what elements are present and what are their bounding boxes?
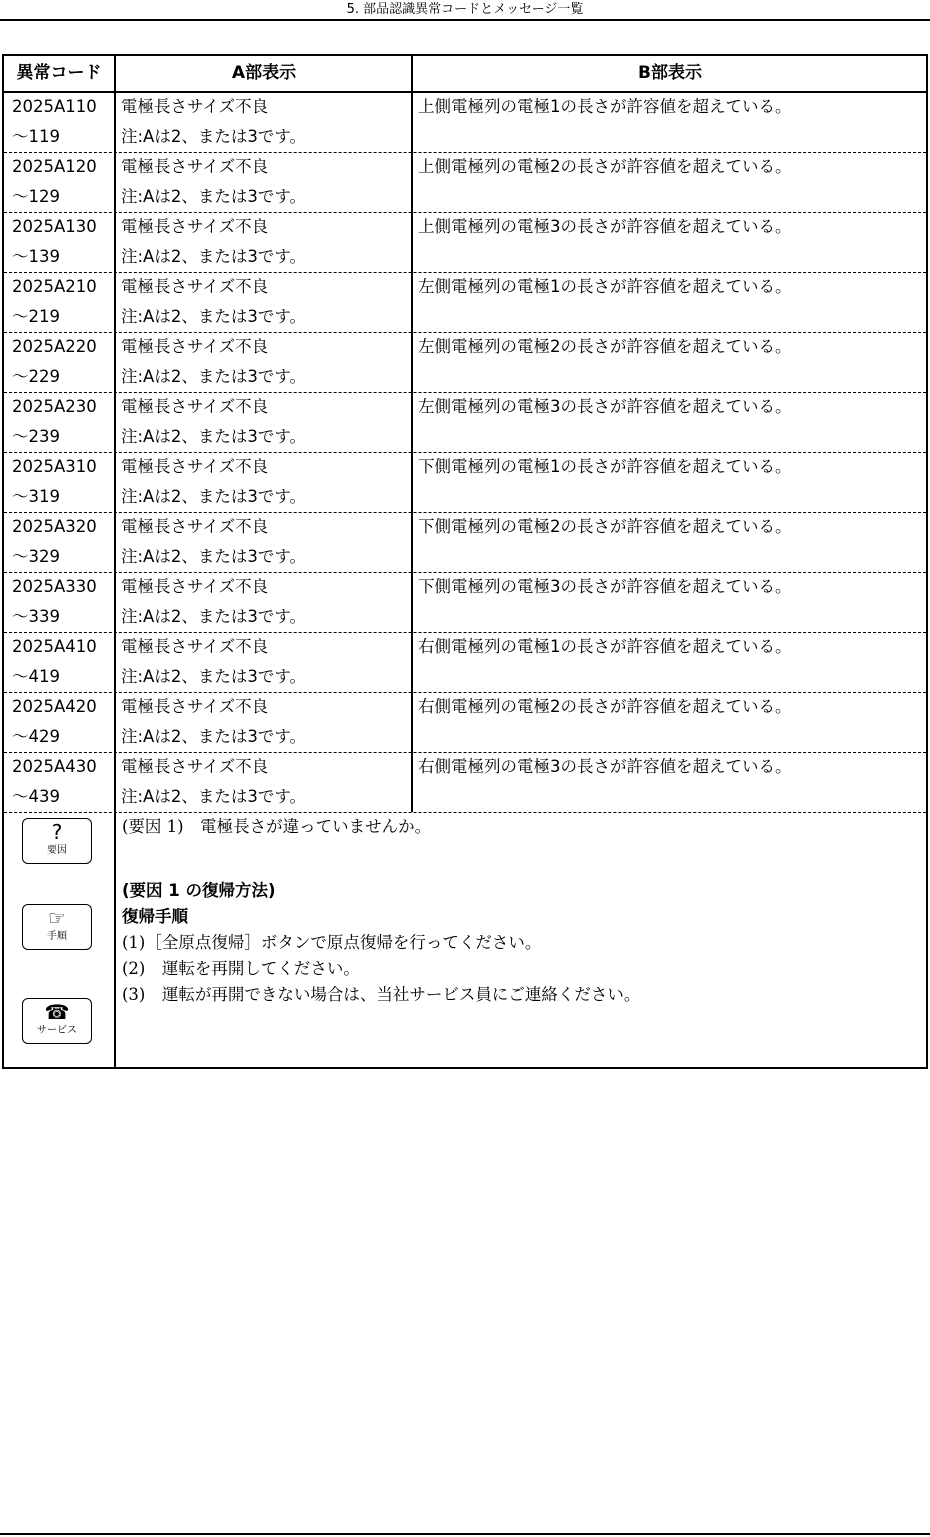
row-divider (4, 632, 926, 633)
b-display: 右側電極列の電極3の長さが許容値を超えている。 (418, 752, 792, 782)
b-display: 上側電極列の電極2の長さが許容値を超えている。 (418, 152, 792, 182)
a-note: 注:Aは2、または3です。 (121, 362, 306, 392)
error-code-range: ～229 (12, 362, 60, 392)
a-display: 電極長さサイズ不良 (121, 272, 268, 302)
procedure-icon: ☞手順 (22, 904, 92, 950)
table-row: 2025A120～129電極長さサイズ不良注:Aは2、または3です。上側電極列の… (4, 152, 926, 212)
table-row: 2025A130～139電極長さサイズ不良注:Aは2、または3です。上側電極列の… (4, 212, 926, 272)
b-display: 下側電極列の電極3の長さが許容値を超えている。 (418, 572, 792, 602)
a-display: 電極長さサイズ不良 (121, 212, 268, 242)
a-note: 注:Aは2、または3です。 (121, 422, 306, 452)
step-3: (3) 運転が再開できない場合は、当社サービス員にご連絡ください。 (122, 982, 640, 1008)
a-note: 注:Aは2、または3です。 (121, 542, 306, 572)
b-display: 下側電極列の電極2の長さが許容値を超えている。 (418, 512, 792, 542)
row-divider (4, 332, 926, 333)
row-divider (4, 572, 926, 573)
table-row: 2025A420～429電極長さサイズ不良注:Aは2、または3です。右側電極列の… (4, 692, 926, 752)
a-display: 電極長さサイズ不良 (121, 452, 268, 482)
error-code: 2025A110 (12, 92, 97, 122)
error-code-range: ～129 (12, 182, 60, 212)
table-row: 2025A210～219電極長さサイズ不良注:Aは2、または3です。左側電極列の… (4, 272, 926, 332)
table-row: 2025A330～339電極長さサイズ不良注:Aは2、または3です。下側電極列の… (4, 572, 926, 632)
error-code: 2025A410 (12, 632, 97, 662)
cause-text: (要因 1) 電極長さが違っていませんか。 (122, 814, 431, 840)
row-divider (4, 272, 926, 273)
a-display: 電極長さサイズ不良 (121, 92, 268, 122)
b-display: 左側電極列の電極2の長さが許容値を超えている。 (418, 332, 792, 362)
b-display: 上側電極列の電極3の長さが許容値を超えている。 (418, 212, 792, 242)
error-code-range: ～329 (12, 542, 60, 572)
a-note: 注:Aは2、または3です。 (121, 302, 306, 332)
col-header-a: A部表示 (116, 56, 412, 91)
a-display: 電極長さサイズ不良 (121, 752, 268, 782)
error-code: 2025A230 (12, 392, 97, 422)
error-code-range: ～339 (12, 602, 60, 632)
b-display: 右側電極列の電極1の長さが許容値を超えている。 (418, 632, 792, 662)
a-display: 電極長さサイズ不良 (121, 332, 268, 362)
row-divider (4, 512, 926, 513)
row-divider (4, 692, 926, 693)
step-2: (2) 運転を再開してください。 (122, 956, 360, 982)
a-note: 注:Aは2、または3です。 (121, 662, 306, 692)
b-display: 左側電極列の電極3の長さが許容値を超えている。 (418, 392, 792, 422)
step-1: (1)［全原点復帰］ボタンで原点復帰を行ってください。 (122, 930, 541, 956)
row-divider (4, 752, 926, 753)
a-display: 電極長さサイズ不良 (121, 152, 268, 182)
a-note: 注:Aは2、または3です。 (121, 242, 306, 272)
page-title: 5. 部品認識異常コードとメッセージ一覧 (0, 0, 930, 20)
col-header-b: B部表示 (414, 56, 926, 91)
error-code-range: ～439 (12, 782, 60, 812)
error-code: 2025A120 (12, 152, 97, 182)
table-row: 2025A220～229電極長さサイズ不良注:Aは2、または3です。左側電極列の… (4, 332, 926, 392)
error-code: 2025A430 (12, 752, 97, 782)
row-divider (4, 212, 926, 213)
error-code: 2025A130 (12, 212, 97, 242)
error-code: 2025A320 (12, 512, 97, 542)
error-code: 2025A310 (12, 452, 97, 482)
table-row: 2025A110～119電極長さサイズ不良注:Aは2、または3です。上側電極列の… (4, 92, 926, 152)
table-row: 2025A310～319電極長さサイズ不良注:Aは2、または3です。下側電極列の… (4, 452, 926, 512)
footer-rule (0, 1533, 930, 1535)
a-display: 電極長さサイズ不良 (121, 632, 268, 662)
a-note: 注:Aは2、または3です。 (121, 722, 306, 752)
b-display: 下側電極列の電極1の長さが許容値を超えている。 (418, 452, 792, 482)
error-code: 2025A420 (12, 692, 97, 722)
error-code-range: ～139 (12, 242, 60, 272)
b-display: 右側電極列の電極2の長さが許容値を超えている。 (418, 692, 792, 722)
a-display: 電極長さサイズ不良 (121, 572, 268, 602)
a-note: 注:Aは2、または3です。 (121, 782, 306, 812)
table-row: 2025A230～239電極長さサイズ不良注:Aは2、または3です。左側電極列の… (4, 392, 926, 452)
b-display: 左側電極列の電極1の長さが許容値を超えている。 (418, 272, 792, 302)
recovery-heading: (要因 1 の復帰方法) (122, 878, 276, 904)
error-code: 2025A220 (12, 332, 97, 362)
error-code-range: ～419 (12, 662, 60, 692)
service-icon: ☎サービス (22, 998, 92, 1044)
a-note: 注:Aは2、または3です。 (121, 182, 306, 212)
error-code-range: ～429 (12, 722, 60, 752)
row-divider (4, 452, 926, 453)
a-display: 電極長さサイズ不良 (121, 512, 268, 542)
a-note: 注:Aは2、または3です。 (121, 122, 306, 152)
row-divider (4, 392, 926, 393)
a-display: 電極長さサイズ不良 (121, 692, 268, 722)
a-display: 電極長さサイズ不良 (121, 392, 268, 422)
table-row: 2025A320～329電極長さサイズ不良注:Aは2、または3です。下側電極列の… (4, 512, 926, 572)
error-code-range: ～219 (12, 302, 60, 332)
title-rule (0, 19, 930, 21)
cause-icon: ?要因 (22, 818, 92, 864)
row-divider (4, 152, 926, 153)
table-header: 異常コード A部表示 B部表示 (4, 56, 926, 93)
procedure-heading: 復帰手順 (122, 904, 188, 930)
error-code: 2025A330 (12, 572, 97, 602)
table-row: 2025A430～439電極長さサイズ不良注:Aは2、または3です。右側電極列の… (4, 752, 926, 812)
error-code-range: ～119 (12, 122, 60, 152)
table-row: 2025A410～419電極長さサイズ不良注:Aは2、または3です。右側電極列の… (4, 632, 926, 692)
error-code-range: ～319 (12, 482, 60, 512)
col-header-code: 異常コード (4, 56, 114, 91)
a-note: 注:Aは2、または3です。 (121, 602, 306, 632)
error-code: 2025A210 (12, 272, 97, 302)
b-display: 上側電極列の電極1の長さが許容値を超えている。 (418, 92, 792, 122)
error-code-range: ～239 (12, 422, 60, 452)
a-note: 注:Aは2、または3です。 (121, 482, 306, 512)
remedy-section: ?要因 ☞手順 ☎サービス (要因 1) 電極長さが違っていませんか。 (要因 … (4, 812, 926, 1067)
error-code-table: 異常コード A部表示 B部表示 2025A110～119電極長さサイズ不良注:A… (2, 54, 928, 1069)
